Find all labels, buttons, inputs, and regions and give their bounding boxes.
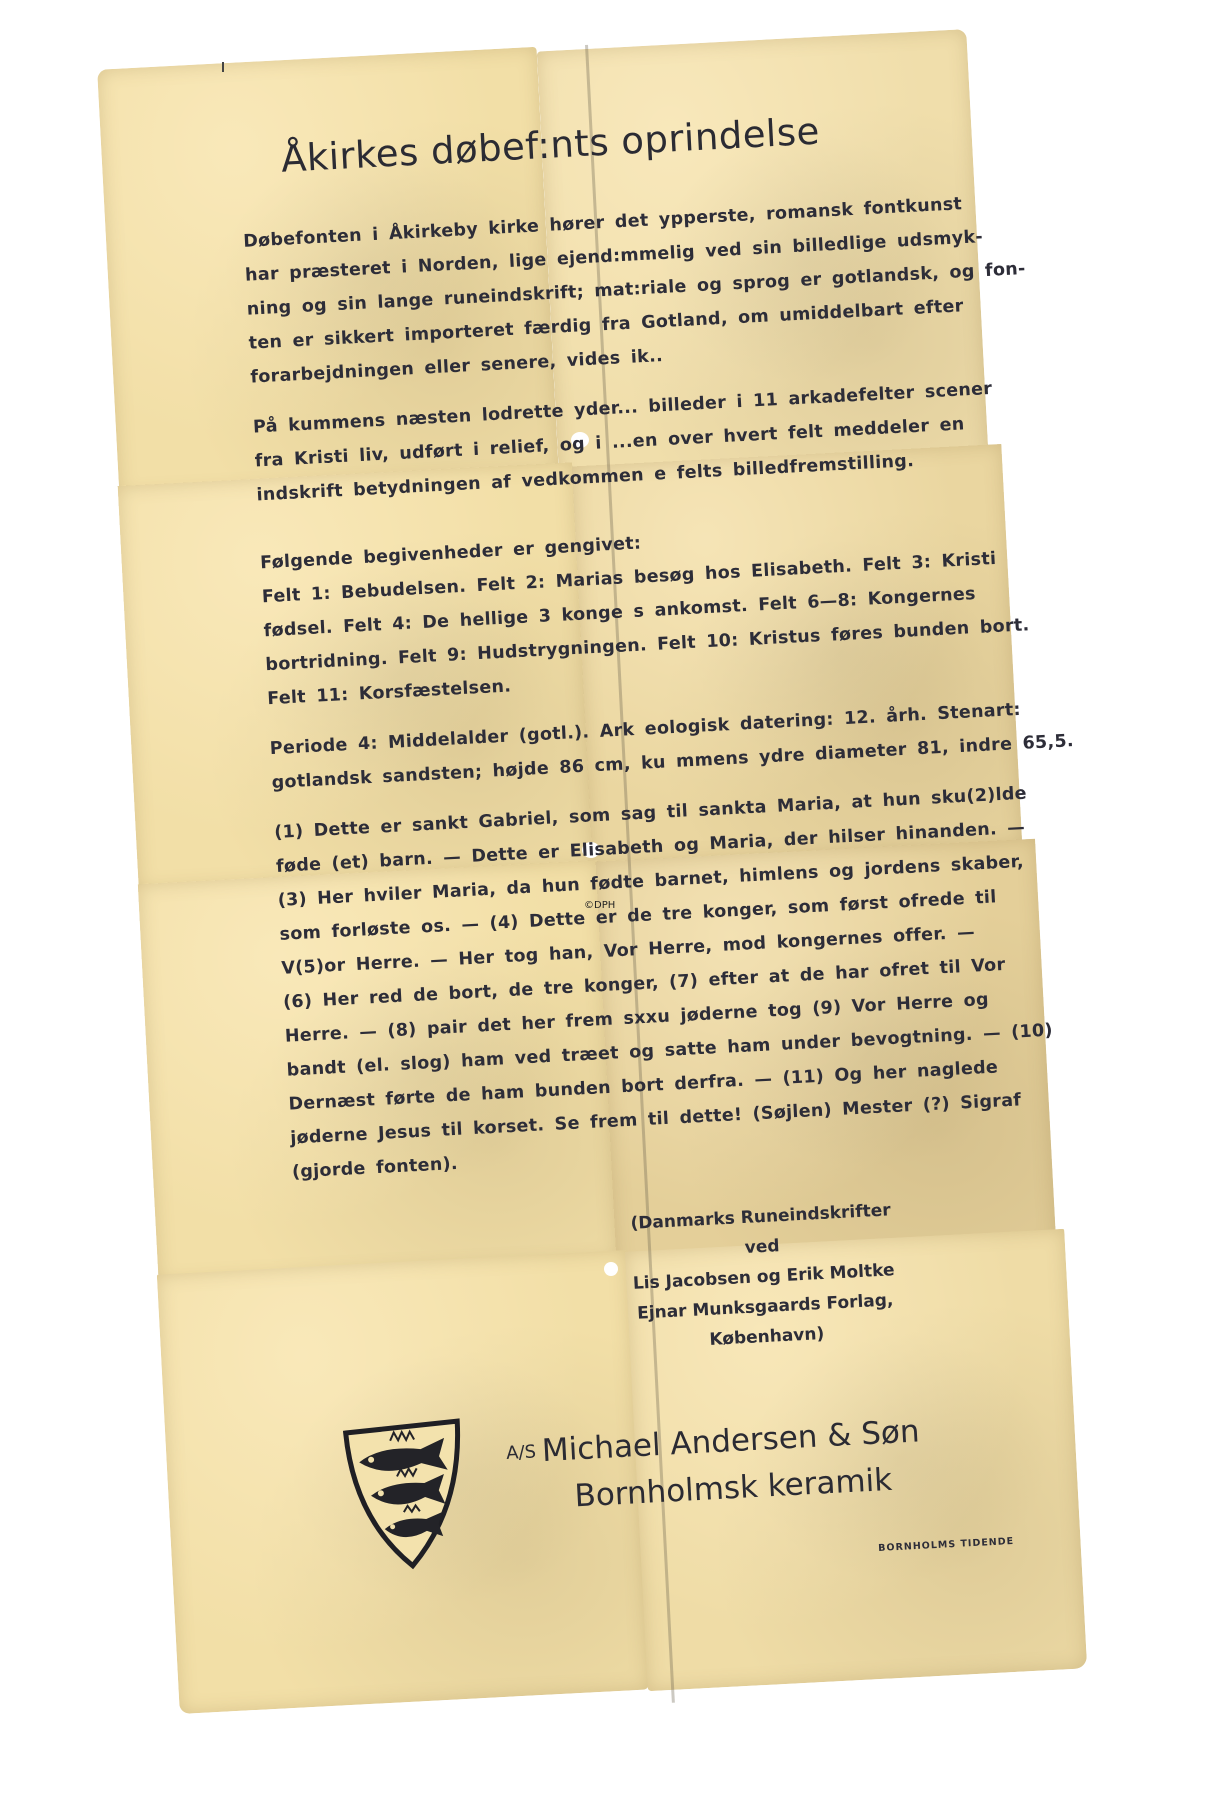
paragraph-events: Følgende begivenheder er gengivet: Felt … xyxy=(259,510,957,716)
document-body: Åkirkes døbef:nts oprindelse Døbefonten … xyxy=(238,104,983,1206)
watermark: ©DPH xyxy=(584,900,615,911)
company-prefix: A/S xyxy=(506,1441,537,1464)
paragraph-inscription: (1) Dette er sankt Gabriel, som sag til … xyxy=(273,780,982,1190)
scanned-document: Åkirkes døbef:nts oprindelse Døbefonten … xyxy=(0,0,1206,1820)
ink-mark xyxy=(222,62,224,72)
source-citation: (Danmarks Runeindskrifter ved Lis Jacobs… xyxy=(610,1194,917,1359)
paragraph-intro: Døbefonten i Åkirkeby kirke hører det yp… xyxy=(242,189,940,395)
paragraph-relief: På kummens næsten lodrette yder... bille… xyxy=(252,375,946,513)
shield-three-fish-icon xyxy=(339,1417,472,1573)
